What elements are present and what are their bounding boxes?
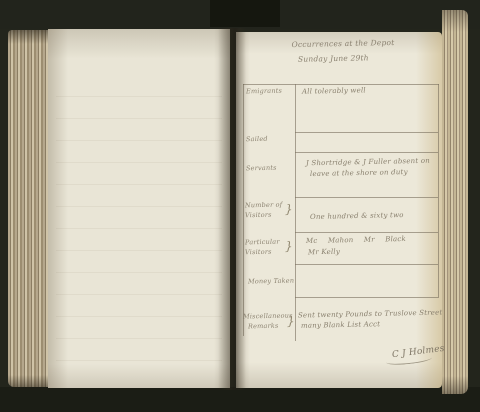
entry-emigrants: All tolerably well — [302, 87, 366, 96]
table-rule-row5 — [295, 264, 438, 265]
row-label-servants: Servants — [246, 165, 277, 173]
entry-particular-visitors-line2: Mr Kelly — [308, 249, 340, 257]
scan-background-bottom — [0, 387, 480, 412]
entry-particular-visitors-line1: Mc Mahon Mr Black — [306, 236, 406, 246]
row-label-emigrants: Emigrants — [246, 88, 282, 96]
faint-ruled-lines — [56, 75, 222, 375]
left-blank-page — [48, 29, 230, 388]
page-header-date: Sunday June 29th — [298, 54, 369, 64]
table-column-divider — [295, 84, 296, 341]
label-brace-2: } — [285, 240, 293, 252]
table-rule-row6 — [295, 297, 438, 298]
row-label-particular-visitors: Visitors — [245, 249, 272, 257]
row-label-remarks: Remarks — [248, 323, 279, 331]
row-label-miscellaneous: Miscellaneous — [243, 312, 293, 320]
table-rule-row1 — [295, 132, 438, 133]
entry-servants-line1: J Shortridge & J Fuller absent on — [306, 158, 430, 168]
right-ledger-page: Occurrences at the Depot Sunday June 29t… — [236, 32, 442, 388]
entry-servants-line2: leave at the shore on duty — [310, 169, 408, 179]
scan-background-top — [0, 0, 480, 29]
entry-number-of-visitors: One hundred & sixty two — [310, 212, 404, 222]
table-rule-right — [438, 84, 439, 298]
table-rule-top — [243, 84, 439, 85]
right-page-fore-edge — [442, 10, 468, 394]
table-rule-row4 — [295, 232, 438, 233]
scanned-ledger-photo: Occurrences at the Depot Sunday June 29t… — [0, 0, 480, 412]
entry-remarks-line2: many Blank List Acct — [301, 321, 380, 330]
table-rule-row2 — [295, 152, 438, 153]
row-label-money-taken: Money Taken — [248, 278, 294, 286]
page-header-title: Occurrences at the Depot — [278, 39, 408, 50]
row-label-number-of: Number of — [245, 202, 282, 210]
label-brace-3: } — [287, 315, 295, 327]
entry-remarks-line1: Sent twenty Pounds to Truslove Street — [298, 309, 443, 320]
row-label-number-of-visitors: Visitors — [245, 212, 272, 220]
label-brace-1: } — [285, 203, 293, 215]
left-page-fore-edge — [8, 30, 50, 387]
table-rule-row3 — [295, 197, 438, 198]
row-label-particular: Particular — [245, 239, 280, 247]
book-spine-top-shadow — [210, 0, 280, 27]
row-label-sailed: Sailed — [246, 136, 268, 144]
book-gutter-shadow — [218, 28, 246, 390]
